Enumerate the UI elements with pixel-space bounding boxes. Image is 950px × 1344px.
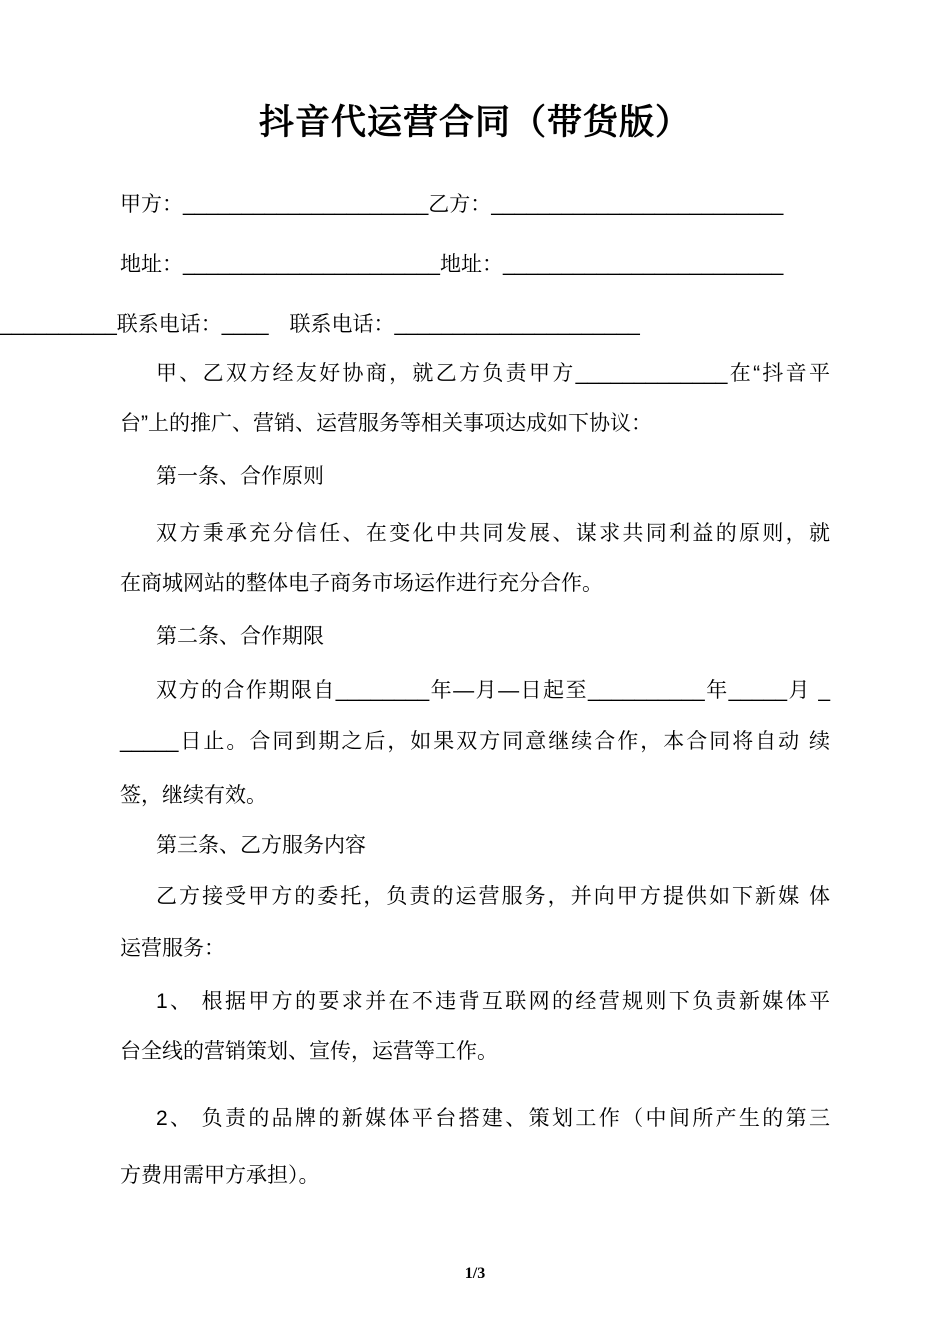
party-phone-line: __________联系电话：____ 联系电话：_______________… <box>0 311 830 339</box>
section-1-heading: 第一条、合作原则 <box>120 463 830 491</box>
section-2-para-line-2: _____日止。合同到期之后，如果双方同意继续合作，本合同将自动 续 <box>120 728 830 756</box>
item-1-line-2: 台全线的营销策划、宣传，运营等工作。 <box>120 1038 830 1066</box>
intro-line-1: 甲、乙双方经友好协商，就乙方负责甲方_____________在“抖音平 <box>120 360 830 388</box>
page-number: 1/3 <box>0 1263 950 1285</box>
section-2-para-line-3: 签，继续有效。 <box>120 782 830 810</box>
party-a-b-name-line: 甲方：_____________________乙方：_____________… <box>120 191 830 219</box>
intro-line-2: 台”上的推广、营销、运营服务等相关事项达成如下协议： <box>120 410 830 438</box>
section-3-para-line-1: 乙方接受甲方的委托，负责的运营服务，并向甲方提供如下新媒 体 <box>120 883 830 911</box>
item-2-line-1: 2、 负责的品牌的新媒体平台搭建、策划工作（中间所产生的第三 <box>120 1105 830 1133</box>
contract-page: 抖音代运营合同（带货版） 甲方：_____________________乙方：… <box>0 0 950 1344</box>
page-title: 抖音代运营合同（带货版） <box>0 100 950 146</box>
section-3-heading: 第三条、乙方服务内容 <box>120 832 830 860</box>
section-3-para-line-2: 运营服务： <box>120 935 830 963</box>
party-address-line: 地址：______________________地址：____________… <box>120 251 830 279</box>
section-1-para-line-1: 双方秉承充分信任、在变化中共同发展、谋求共同利益的原则，就 <box>120 520 830 548</box>
section-2-heading: 第二条、合作期限 <box>120 623 830 651</box>
section-2-para-line-1: 双方的合作期限自________年—月—日起至__________年_____月… <box>120 677 830 705</box>
section-1-para-line-2: 在商城网站的整体电子商务市场运作进行充分合作。 <box>120 570 830 598</box>
item-2-line-2: 方费用需甲方承担）。 <box>120 1162 830 1190</box>
item-1-line-1: 1、 根据甲方的要求并在不违背互联网的经营规则下负责新媒体平 <box>120 988 830 1016</box>
